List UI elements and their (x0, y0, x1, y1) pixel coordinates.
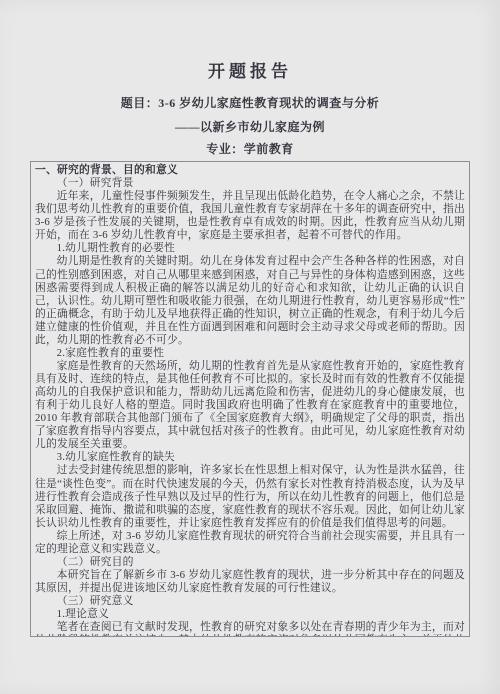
paragraph: 1.理论意义 (35, 608, 465, 621)
paragraph: 综上所述，对 3-6 岁幼儿家庭性教育现状的研究符合当前社会现实需要，并且具有一… (35, 530, 465, 556)
paragraph: （三）研究意义 (35, 595, 465, 608)
major-line: 专业：学前教育 (0, 140, 500, 157)
subtitle-line: ——以新乡市幼儿家庭为例 (0, 118, 500, 135)
paragraph: 本研究旨在了解新乡市 3-6 岁幼儿家庭性教育的现状，进一步分析其中存在的问题及… (35, 569, 465, 595)
paragraph: （二）研究目的 (35, 556, 465, 569)
paragraph: 1.幼儿期性教育的必要性 (35, 242, 465, 255)
paragraph: 近年来，儿童性侵事件频频发生，并且呈现出低龄化趋势，在令人痛心之余，不禁让我们思… (35, 190, 465, 242)
paragraph: 笔者在查阅已有文献时发现，性教育的研究对象多以处在青春期的青少年为主，而对幼儿阶… (35, 621, 465, 637)
topic-line: 题目：3-6 岁幼儿家庭性教育现状的调查与分析 (0, 94, 500, 111)
document-page: 开题报告 题目：3-6 岁幼儿家庭性教育现状的调查与分析 ——以新乡市幼儿家庭为… (0, 0, 500, 694)
paragraph: 过去受封建传统思想的影响，许多家长在性思想上相对保守，认为性是洪水猛兽，往往是“… (35, 464, 465, 529)
paragraph: 家庭是性教育的天然场所，幼儿期的性教育首先是从家庭性教育开始的，家庭性教育具有及… (35, 360, 465, 451)
paragraph: 一、研究的背景、目的和意义 (35, 164, 465, 177)
document-title: 开题报告 (0, 57, 500, 82)
paragraph: 3.幼儿家庭性教育的缺失 (35, 451, 465, 464)
paragraph: 2.家庭性教育的重要性 (35, 347, 465, 360)
paragraph: 幼儿期是性教育的关键时期。幼儿在身体发育过程中会产生各种各样的性困惑，对自己的性… (35, 255, 465, 346)
paragraph: （一）研究背景 (35, 177, 465, 190)
content-box: 一、研究的背景、目的和意义（一）研究背景近年来，儿童性侵事件频频发生，并且呈现出… (30, 161, 470, 637)
